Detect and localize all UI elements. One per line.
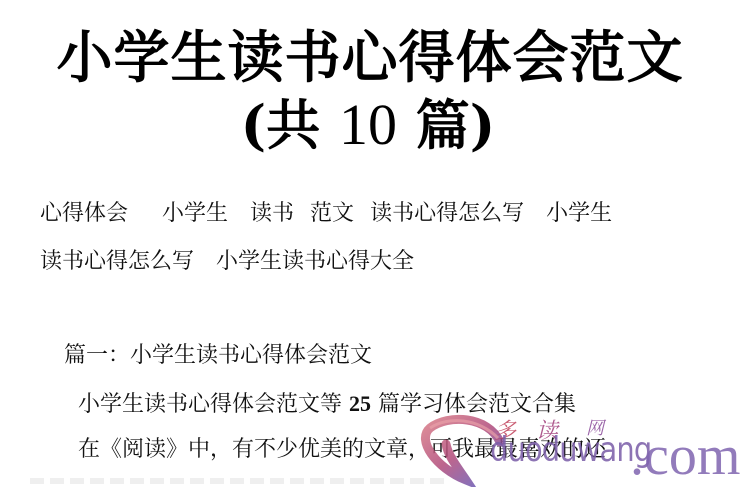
section-heading: 篇一：小学生读书心得体会范文 <box>64 338 372 374</box>
keyword-tag: 小学生读书心得大全 <box>216 238 414 286</box>
cut-off-text-line <box>30 478 450 484</box>
body-paragraph-line: 小学生读书心得体会范文等 25 篇学习体会范文合集 <box>78 386 576 423</box>
keyword-tag: 小学生 <box>546 190 612 238</box>
keyword-tag: 读书心得怎么写 <box>370 190 524 238</box>
keyword-tags: 心得体会小学生读书范文读书心得怎么写小学生读书心得怎么写小学生读书心得大全 <box>40 190 720 286</box>
keyword-tag: 心得体会 <box>40 190 128 238</box>
keyword-tag: 小学生 <box>162 190 228 238</box>
subtitle-prefix: (共 <box>241 93 339 157</box>
document-title: 小学生读书心得体会范文 <box>0 22 740 94</box>
keyword-tag: 范文 <box>310 190 354 238</box>
keyword-tag-continued: 读书心得怎么写 <box>40 238 194 286</box>
collection-count: 25 <box>349 391 371 416</box>
body-paragraph-line: 在《阅读》中，有不少优美的文章，可我最最喜欢的还 <box>78 432 606 468</box>
article-count: 10 <box>339 92 397 157</box>
body-text: 小学生读书心得体会范文等 <box>78 392 349 417</box>
body-text: 篇学习体会范文合集 <box>371 392 576 417</box>
keyword-tag: 读书 <box>250 190 294 238</box>
document-subtitle-count: (共 10 篇) <box>0 90 738 160</box>
watermark-tld: .com <box>630 424 740 487</box>
subtitle-suffix: 篇) <box>397 93 495 157</box>
